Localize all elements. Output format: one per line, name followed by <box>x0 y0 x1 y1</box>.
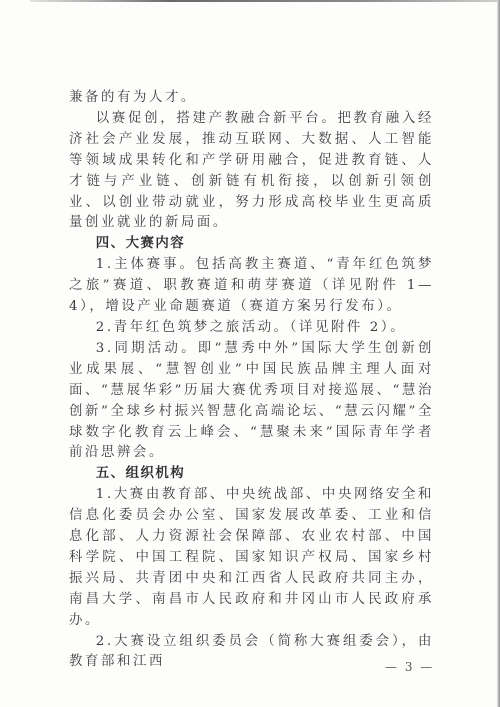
paragraph-committee: 2.大赛设立组织委员会（简称大赛组委会），由教育部和江西 <box>69 632 434 674</box>
scan-top-shadow <box>30 0 500 2</box>
paragraph-red-journey: 2.青年红色筑梦之旅活动。（详见附件 2）。 <box>69 318 434 339</box>
paragraph-industry-education: 以赛促创，搭建产教融合新平台。把教育融入经济社会产业发展，推动互联网、大数据、人… <box>69 109 434 234</box>
paragraph-organizers: 1.大赛由教育部、中央统战部、中央网络安全和信息化委员会办公室、国家发展改革委、… <box>69 485 434 631</box>
paragraph-continuation: 兼备的有为人才。 <box>69 88 434 109</box>
section-heading-organization: 五、组织机构 <box>69 464 434 485</box>
paragraph-main-events: 1.主体赛事。包括高教主赛道、“青年红色筑梦之旅”赛道、职教赛道和萌芽赛道（详见… <box>69 255 434 318</box>
document-page: 兼备的有为人才。 以赛促创，搭建产教融合新平台。把教育融入经济社会产业发展，推动… <box>69 88 434 673</box>
page-number: — 3 — <box>385 660 434 674</box>
paragraph-concurrent-activities: 3.同期活动。即“慧秀中外”国际大学生创新创业成果展、“慧智创业”中国民族品牌主… <box>69 339 434 464</box>
section-heading-competition-content: 四、大赛内容 <box>69 234 434 255</box>
